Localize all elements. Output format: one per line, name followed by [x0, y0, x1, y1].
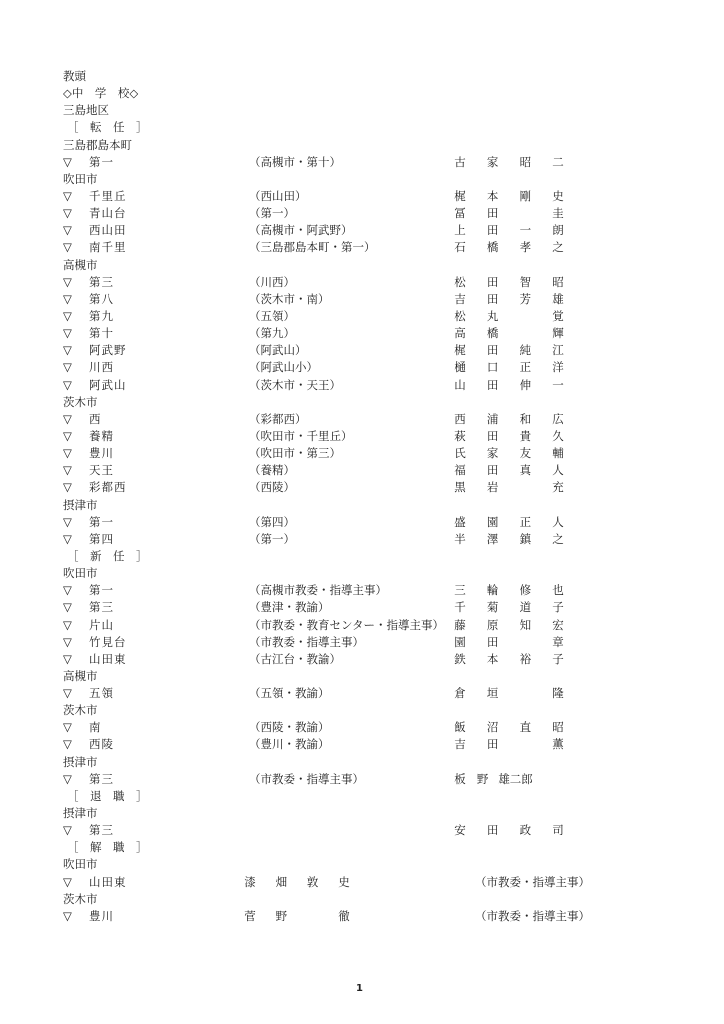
school-name: 五領: [89, 685, 114, 702]
entry-row: ▽山田東（古江台・教諭）鉄本裕子: [63, 651, 663, 668]
triangle-down-icon: ▽: [63, 154, 72, 171]
name-char: 正: [518, 514, 532, 531]
name-char: 樋: [453, 359, 467, 376]
heading-row: 吹田市: [63, 565, 663, 582]
person-name: 吉田芳雄: [453, 291, 565, 308]
name-char: [518, 325, 532, 342]
section-header: ［ 解 職 ］: [63, 839, 663, 856]
entry-row: ▽豊川菅野徹（市教委・指導主事）: [63, 908, 663, 925]
school-name: 第八: [89, 291, 114, 308]
previous-post: （第四）: [249, 514, 295, 531]
school-name: 山田東: [89, 651, 127, 668]
section-title: ［ 解 職 ］: [67, 839, 148, 856]
previous-post: （養精）: [249, 462, 295, 479]
name-char: 直: [518, 719, 532, 736]
entry-row: ▽川西（阿武山小）樋口正洋: [63, 359, 663, 376]
name-char: 昭: [518, 154, 532, 171]
person-name: 西浦和広: [453, 411, 565, 428]
name-char: 修: [518, 582, 532, 599]
name-char: 田: [486, 462, 500, 479]
school-name: 第三: [89, 599, 114, 616]
name-char: 垣: [486, 685, 500, 702]
name-char: 輪: [486, 582, 500, 599]
name-char: 菅: [243, 908, 257, 925]
person-name: 園田章: [453, 634, 565, 651]
name-char: 梶: [453, 188, 467, 205]
entry-row: ▽片山（市教委・教育センター・指導主事）藤原知宏: [63, 617, 663, 634]
entry-row: ▽第三（豊津・教諭）千菊道子: [63, 599, 663, 616]
name-char: [306, 908, 320, 925]
triangle-down-icon: ▽: [63, 599, 72, 616]
triangle-down-icon: ▽: [63, 771, 72, 788]
name-char: 沼: [486, 719, 500, 736]
name-char: 江: [551, 342, 565, 359]
person-name: 梶田純江: [453, 342, 565, 359]
name-char: 田: [486, 291, 500, 308]
name-char: 萩: [453, 428, 467, 445]
heading-row: 摂津市: [63, 497, 663, 514]
heading-row: 茨木市: [63, 702, 663, 719]
person-name: 鉄本裕子: [453, 651, 565, 668]
school-name: 豊川: [89, 908, 114, 925]
person-name: 飯沼直昭: [453, 719, 565, 736]
name-char: 隆: [551, 685, 565, 702]
school-name: 山田東: [89, 874, 127, 891]
heading-row: 高槻市: [63, 668, 663, 685]
person-name: 萩田貴久: [453, 428, 565, 445]
entry-row: ▽第一（高槻市・第十）古家昭二: [63, 154, 663, 171]
triangle-down-icon: ▽: [63, 205, 72, 222]
name-char: 薫: [551, 736, 565, 753]
name-char: 宏: [551, 617, 565, 634]
previous-post: （市教委・指導主事）: [249, 634, 364, 651]
name-char: 田: [486, 634, 500, 651]
previous-post: （高槻市教委・指導主事）: [249, 582, 387, 599]
school-name: 竹見台: [89, 634, 127, 651]
name-char: 田: [486, 274, 500, 291]
name-char: 野: [476, 771, 490, 788]
name-char: 史: [551, 188, 565, 205]
previous-post: （豊津・教諭）: [249, 599, 330, 616]
heading-text: 摂津市: [63, 805, 98, 822]
entry-row: ▽第一（第四）盛園正人: [63, 514, 663, 531]
person-name: 上田一朗: [453, 222, 565, 239]
school-name: 第三: [89, 822, 114, 839]
school-name: 阿武野: [89, 342, 127, 359]
school-name: 第十: [89, 325, 114, 342]
name-char: 澤: [486, 531, 500, 548]
name-char: 岩: [486, 479, 500, 496]
name-char: 二: [551, 154, 565, 171]
name-char: 田: [486, 736, 500, 753]
name-char: 史: [337, 874, 351, 891]
name-char: [518, 205, 532, 222]
school-name: 第一: [89, 154, 114, 171]
heading-text: 教頭: [63, 68, 86, 85]
previous-post: （吹田市・千里丘）: [249, 428, 353, 445]
name-char: 正: [518, 359, 532, 376]
triangle-down-icon: ▽: [63, 531, 72, 548]
name-char: 吉: [453, 736, 467, 753]
person-name: 冨田圭: [453, 205, 565, 222]
name-char: 之: [551, 531, 565, 548]
heading-row: 茨木市: [63, 394, 663, 411]
name-char: 黒: [453, 479, 467, 496]
name-char: 和: [518, 411, 532, 428]
heading-row: 教頭: [63, 68, 663, 85]
heading-text: 三島地区: [63, 102, 109, 119]
school-name: 西陵: [89, 736, 114, 753]
triangle-down-icon: ▽: [63, 462, 72, 479]
entry-row: ▽第三（市教委・指導主事）板野雄二郎: [63, 771, 663, 788]
school-name: 豊川: [89, 445, 114, 462]
triangle-down-icon: ▽: [63, 291, 72, 308]
heading-row: 三島郡島本町: [63, 137, 663, 154]
section-header: ［ 転 任 ］: [63, 119, 663, 136]
person-name: 樋口正洋: [453, 359, 565, 376]
previous-post: （市教委・指導主事）: [249, 771, 364, 788]
entry-row: ▽西陵（豊川・教諭）吉田薫: [63, 736, 663, 753]
name-char: [518, 634, 532, 651]
name-char: [518, 308, 532, 325]
name-char: 真: [518, 462, 532, 479]
name-char: 一: [551, 377, 565, 394]
name-char: 芳: [518, 291, 532, 308]
heading-row: 摂津市: [63, 805, 663, 822]
school-name: 第三: [89, 771, 114, 788]
school-name: 南: [89, 719, 102, 736]
name-char: 広: [551, 411, 565, 428]
school-name: 片山: [89, 617, 114, 634]
section-title: ［ 転 任 ］: [67, 119, 148, 136]
triangle-down-icon: ▽: [63, 428, 72, 445]
heading-text: 摂津市: [63, 754, 98, 771]
name-char: 剛: [518, 188, 532, 205]
name-char: 徹: [337, 908, 351, 925]
entry-row: ▽五領（五領・教諭）倉垣隆: [63, 685, 663, 702]
name-char: 覚: [551, 308, 565, 325]
person-name: 千菊道子: [453, 599, 565, 616]
name-char: 充: [551, 479, 565, 496]
previous-post: （古江台・教諭）: [249, 651, 341, 668]
school-name: 彩都西: [89, 479, 127, 496]
name-char: 朗: [551, 222, 565, 239]
heading-text: ◇中 学 校◇: [63, 85, 138, 102]
person-name: 黒岩充: [453, 479, 565, 496]
name-char: 家: [486, 154, 500, 171]
previous-post: （吹田市・第三）: [249, 445, 341, 462]
name-char: 氏: [453, 445, 467, 462]
name-char: [518, 479, 532, 496]
school-name: 第一: [89, 514, 114, 531]
name-char: 千: [453, 599, 467, 616]
school-name: 天王: [89, 462, 114, 479]
school-name: 青山台: [89, 205, 127, 222]
triangle-down-icon: ▽: [63, 445, 72, 462]
name-char: 石: [453, 239, 467, 256]
name-char: 田: [486, 377, 500, 394]
name-char: 畑: [274, 874, 288, 891]
personnel-list: 教頭◇中 学 校◇三島地区［ 転 任 ］三島郡島本町▽第一（高槻市・第十）古家昭…: [63, 68, 663, 925]
triangle-down-icon: ▽: [63, 188, 72, 205]
name-char: 昭: [551, 719, 565, 736]
entry-row: ▽第九（五領）松丸覚: [63, 308, 663, 325]
triangle-down-icon: ▽: [63, 222, 72, 239]
previous-post: （茨木市・天王）: [249, 377, 341, 394]
name-char: 丸: [486, 308, 500, 325]
school-name: 第一: [89, 582, 114, 599]
school-name: 西山田: [89, 222, 127, 239]
heading-row: 高槻市: [63, 257, 663, 274]
entry-row: ▽竹見台（市教委・指導主事）園田章: [63, 634, 663, 651]
name-char: 裕: [518, 651, 532, 668]
name-char: 松: [453, 274, 467, 291]
name-char: 敦: [306, 874, 320, 891]
new-post: （市教委・指導主事）: [475, 908, 590, 925]
heading-row: 吹田市: [63, 171, 663, 188]
name-char: 一: [518, 222, 532, 239]
entry-row: ▽南（西陵・教諭）飯沼直昭: [63, 719, 663, 736]
triangle-down-icon: ▽: [63, 479, 72, 496]
triangle-down-icon: ▽: [63, 274, 72, 291]
person-name: 高橋輝: [453, 325, 565, 342]
heading-text: 茨木市: [63, 702, 98, 719]
document-page: 教頭◇中 学 校◇三島地区［ 転 任 ］三島郡島本町▽第一（高槻市・第十）古家昭…: [0, 0, 724, 1024]
name-char: 倉: [453, 685, 467, 702]
name-char: 三: [453, 582, 467, 599]
heading-row: 吹田市: [63, 856, 663, 873]
previous-post: （第九）: [249, 325, 295, 342]
entry-row: ▽千里丘（西山田）梶本剛史: [63, 188, 663, 205]
previous-post: （西山田）: [249, 188, 307, 205]
person-name: 三輪修也: [453, 582, 565, 599]
entry-row: ▽第三（川西）松田智昭: [63, 274, 663, 291]
person-name: 菅野徹: [243, 908, 351, 925]
heading-text: 高槻市: [63, 257, 98, 274]
name-char: 田: [486, 205, 500, 222]
triangle-down-icon: ▽: [63, 239, 72, 256]
triangle-down-icon: ▽: [63, 514, 72, 531]
previous-post: （豊川・教諭）: [249, 736, 330, 753]
heading-text: 吹田市: [63, 856, 98, 873]
triangle-down-icon: ▽: [63, 377, 72, 394]
heading-text: 茨木市: [63, 891, 98, 908]
triangle-down-icon: ▽: [63, 719, 72, 736]
section-title: ［ 新 任 ］: [67, 548, 148, 565]
name-char: 松: [453, 308, 467, 325]
name-char: 本: [486, 188, 500, 205]
triangle-down-icon: ▽: [63, 342, 72, 359]
previous-post: （高槻市・阿武野）: [249, 222, 353, 239]
person-name: 吉田薫: [453, 736, 565, 753]
school-name: 養精: [89, 428, 114, 445]
name-char: 藤: [453, 617, 467, 634]
entry-row: ▽西山田（高槻市・阿武野）上田一朗: [63, 222, 663, 239]
heading-text: 高槻市: [63, 668, 98, 685]
name-char: 梶: [453, 342, 467, 359]
name-char: 之: [551, 239, 565, 256]
name-char: 輔: [551, 445, 565, 462]
name-char: 安: [453, 822, 467, 839]
triangle-down-icon: ▽: [63, 325, 72, 342]
name-char: 雄二郎: [498, 771, 542, 788]
person-name: 藤原知宏: [453, 617, 565, 634]
previous-post: （第一）: [249, 205, 295, 222]
triangle-down-icon: ▽: [63, 736, 72, 753]
section-title: ［ 退 職 ］: [67, 788, 148, 805]
entry-row: ▽天王（養精）福田真人: [63, 462, 663, 479]
triangle-down-icon: ▽: [63, 908, 72, 925]
previous-post: （五領）: [249, 308, 295, 325]
name-char: 圭: [551, 205, 565, 222]
name-char: 原: [486, 617, 500, 634]
person-name: 倉垣隆: [453, 685, 565, 702]
entry-row: ▽阿武野（阿武山）梶田純江: [63, 342, 663, 359]
entry-row: ▽山田東漆畑敦史（市教委・指導主事）: [63, 874, 663, 891]
name-char: 田: [486, 222, 500, 239]
name-char: 道: [518, 599, 532, 616]
heading-text: 三島郡島本町: [63, 137, 132, 154]
name-char: 司: [551, 822, 565, 839]
entry-row: ▽第一（高槻市教委・指導主事）三輪修也: [63, 582, 663, 599]
name-char: 橋: [486, 239, 500, 256]
triangle-down-icon: ▽: [63, 874, 72, 891]
previous-post: （五領・教諭）: [249, 685, 330, 702]
name-char: 鎮: [518, 531, 532, 548]
person-name: 安田政司: [453, 822, 565, 839]
previous-post: （西陵）: [249, 479, 295, 496]
previous-post: （高槻市・第十）: [249, 154, 341, 171]
name-char: 高: [453, 325, 467, 342]
heading-text: 茨木市: [63, 394, 98, 411]
name-char: 橋: [486, 325, 500, 342]
previous-post: （西陵・教諭）: [249, 719, 330, 736]
entry-row: ▽第十（第九）高橋輝: [63, 325, 663, 342]
entry-row: ▽第三安田政司: [63, 822, 663, 839]
heading-row: 三島地区: [63, 102, 663, 119]
name-char: 伸: [518, 377, 532, 394]
heading-text: 吹田市: [63, 565, 98, 582]
heading-text: 摂津市: [63, 497, 98, 514]
name-char: 盛: [453, 514, 467, 531]
name-char: 子: [551, 651, 565, 668]
school-name: 第四: [89, 531, 114, 548]
name-char: 貴: [518, 428, 532, 445]
previous-post: （市教委・教育センター・指導主事）: [249, 617, 444, 634]
name-char: 智: [518, 274, 532, 291]
previous-post: （三島郡島本町・第一）: [249, 239, 376, 256]
new-post: （市教委・指導主事）: [475, 874, 590, 891]
triangle-down-icon: ▽: [63, 822, 72, 839]
name-char: 雄: [551, 291, 565, 308]
person-name: 古家昭二: [453, 154, 565, 171]
name-char: 田: [486, 428, 500, 445]
entry-row: ▽西（彩都西）西浦和広: [63, 411, 663, 428]
section-header: ［ 新 任 ］: [63, 548, 663, 565]
name-char: 子: [551, 599, 565, 616]
name-char: 田: [486, 822, 500, 839]
name-char: 人: [551, 514, 565, 531]
page-number: 1: [356, 983, 363, 994]
person-name: 石橋孝之: [453, 239, 565, 256]
triangle-down-icon: ▽: [63, 651, 72, 668]
name-char: 洋: [551, 359, 565, 376]
triangle-down-icon: ▽: [63, 582, 72, 599]
name-char: [518, 736, 532, 753]
triangle-down-icon: ▽: [63, 617, 72, 634]
name-char: 飯: [453, 719, 467, 736]
previous-post: （川西）: [249, 274, 295, 291]
name-char: 久: [551, 428, 565, 445]
triangle-down-icon: ▽: [63, 308, 72, 325]
person-name: 半澤鎮之: [453, 531, 565, 548]
triangle-down-icon: ▽: [63, 685, 72, 702]
entry-row: ▽南千里（三島郡島本町・第一）石橋孝之: [63, 239, 663, 256]
name-char: 菊: [486, 599, 500, 616]
name-char: 人: [551, 462, 565, 479]
name-char: 福: [453, 462, 467, 479]
heading-text: 吹田市: [63, 171, 98, 188]
name-char: 昭: [551, 274, 565, 291]
name-char: [551, 771, 565, 788]
person-name: 山田伸一: [453, 377, 565, 394]
name-char: 西: [453, 411, 467, 428]
name-char: 純: [518, 342, 532, 359]
entry-row: ▽第八（茨木市・南）吉田芳雄: [63, 291, 663, 308]
name-char: 口: [486, 359, 500, 376]
name-char: 家: [486, 445, 500, 462]
previous-post: （阿武山）: [249, 342, 307, 359]
name-char: 山: [453, 377, 467, 394]
name-char: 古: [453, 154, 467, 171]
name-char: 也: [551, 582, 565, 599]
school-name: 阿武山: [89, 377, 127, 394]
name-char: 吉: [453, 291, 467, 308]
person-name: 松丸覚: [453, 308, 565, 325]
school-name: 川西: [89, 359, 114, 376]
person-name: 盛園正人: [453, 514, 565, 531]
name-char: 板: [453, 771, 467, 788]
name-char: 漆: [243, 874, 257, 891]
previous-post: （第一）: [249, 531, 295, 548]
triangle-down-icon: ▽: [63, 634, 72, 651]
school-name: 第九: [89, 308, 114, 325]
previous-post: （茨木市・南）: [249, 291, 330, 308]
name-char: 園: [486, 514, 500, 531]
person-name: 松田智昭: [453, 274, 565, 291]
triangle-down-icon: ▽: [63, 359, 72, 376]
name-char: 鉄: [453, 651, 467, 668]
name-char: 浦: [486, 411, 500, 428]
school-name: 第三: [89, 274, 114, 291]
person-name: 梶本剛史: [453, 188, 565, 205]
person-name: 漆畑敦史: [243, 874, 351, 891]
entry-row: ▽青山台（第一）冨田圭: [63, 205, 663, 222]
school-name: 西: [89, 411, 102, 428]
name-char: 半: [453, 531, 467, 548]
entry-row: ▽彩都西（西陵）黒岩充: [63, 479, 663, 496]
heading-row: ◇中 学 校◇: [63, 85, 663, 102]
name-char: [518, 685, 532, 702]
name-char: 野: [274, 908, 288, 925]
name-char: 政: [518, 822, 532, 839]
person-name: 福田真人: [453, 462, 565, 479]
previous-post: （彩都西）: [249, 411, 307, 428]
name-char: 知: [518, 617, 532, 634]
name-char: 上: [453, 222, 467, 239]
name-char: 田: [486, 342, 500, 359]
name-char: 友: [518, 445, 532, 462]
